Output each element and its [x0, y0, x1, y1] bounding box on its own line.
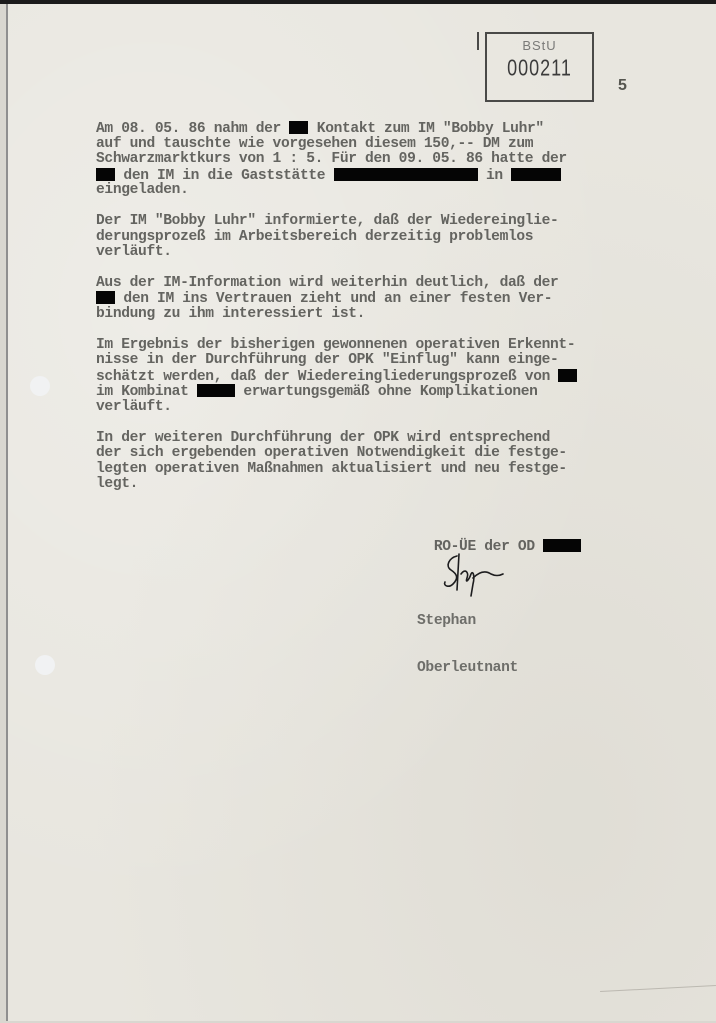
text-line: Am 08. 05. 86 nahm der Kontakt zum IM "B…: [96, 121, 626, 137]
signer-name: Stephan: [417, 614, 518, 630]
document-body: Am 08. 05. 86 nahm der Kontakt zum IM "B…: [96, 121, 626, 508]
text-fragment: in: [478, 168, 512, 184]
text-fragment: Im Ergebnis der bisherigen gewonnenen op…: [96, 337, 575, 353]
text-line: schätzt werden, daß der Wiedereinglieder…: [96, 369, 626, 385]
redaction-bar: [558, 369, 577, 382]
text-fragment: Aus der IM-Information wird weiterhin de…: [96, 275, 558, 291]
text-fragment: Kontakt zum IM "Bobby Luhr": [308, 121, 543, 137]
text-line: derungsprozeß im Arbeitsbereich derzeiti…: [96, 230, 626, 246]
text-line: eingeladen.: [96, 183, 626, 199]
redaction-bar: [289, 121, 308, 134]
text-line: auf und tauschte wie vorgesehen diesem 1…: [96, 137, 626, 153]
text-line: verläuft.: [96, 245, 626, 261]
text-line: verläuft.: [96, 400, 626, 416]
stamp-label: BStU: [487, 38, 592, 53]
text-fragment: eingeladen.: [96, 182, 189, 198]
stamp-mark: [477, 32, 479, 50]
text-line: der sich ergebenden operativen Notwendig…: [96, 446, 626, 462]
paragraph: Im Ergebnis der bisherigen gewonnenen op…: [96, 338, 626, 416]
text-fragment: Schwarzmarktkurs von 1 : 5. Für den 09. …: [96, 151, 567, 167]
punch-hole-icon: [35, 655, 55, 675]
text-fragment: Am 08. 05. 86 nahm der: [96, 121, 289, 137]
text-line: Aus der IM-Information wird weiterhin de…: [96, 276, 626, 292]
text-line: bindung zu ihm interessiert ist.: [96, 307, 626, 323]
redaction-bar: [511, 168, 561, 181]
stamp-number: 000211: [487, 55, 592, 82]
page-number: 5: [618, 77, 627, 95]
text-fragment: legt.: [96, 476, 138, 492]
paragraph: In der weiteren Durchführung der OPK wir…: [96, 431, 626, 493]
signer-block: Stephan Oberleutnant: [417, 583, 518, 692]
text-line: Schwarzmarktkurs von 1 : 5. Für den 09. …: [96, 152, 626, 168]
redaction-bar: [96, 291, 115, 304]
signer-rank: Oberleutnant: [417, 661, 518, 677]
text-fragment: im Kombinat: [96, 384, 197, 400]
text-fragment: erwartungsgemäß ohne Komplikationen: [235, 384, 538, 400]
text-fragment: Der IM "Bobby Luhr" informierte, daß der…: [96, 213, 558, 229]
punch-hole-icon: [30, 376, 50, 396]
redaction-bar: [334, 168, 478, 181]
paragraph: Am 08. 05. 86 nahm der Kontakt zum IM "B…: [96, 121, 626, 199]
text-fragment: In der weiteren Durchführung der OPK wir…: [96, 430, 550, 446]
archive-stamp: BStU 000211: [485, 32, 594, 102]
redaction-bar: [96, 168, 115, 181]
text-line: den IM in die Gaststätte in: [96, 168, 626, 184]
text-line: legten operativen Maßnahmen aktualisiert…: [96, 462, 626, 478]
text-line: Der IM "Bobby Luhr" informierte, daß der…: [96, 214, 626, 230]
text-fragment: verläuft.: [96, 399, 172, 415]
text-fragment: derungsprozeß im Arbeitsbereich derzeiti…: [96, 229, 533, 245]
text-fragment: verläuft.: [96, 244, 172, 260]
redaction-bar: [543, 539, 581, 552]
text-line: In der weiteren Durchführung der OPK wir…: [96, 431, 626, 447]
text-fragment: legten operativen Maßnahmen aktualisiert…: [96, 461, 567, 477]
text-fragment: auf und tauschte wie vorgesehen diesem 1…: [96, 136, 533, 152]
text-fragment: schätzt werden, daß der Wiedereinglieder…: [96, 369, 558, 385]
text-fragment: nisse in der Durchführung der OPK "Einfl…: [96, 352, 558, 368]
paragraph: Der IM "Bobby Luhr" informierte, daß der…: [96, 214, 626, 261]
text-fragment: den IM ins Vertrauen zieht und an einer …: [115, 291, 552, 307]
text-fragment: der sich ergebenden operativen Notwendig…: [96, 445, 567, 461]
text-fragment: den IM in die Gaststätte: [115, 168, 334, 184]
redaction-bar: [197, 384, 235, 397]
text-line: nisse in der Durchführung der OPK "Einfl…: [96, 353, 626, 369]
text-fragment: bindung zu ihm interessiert ist.: [96, 306, 365, 322]
text-line: den IM ins Vertrauen zieht und an einer …: [96, 291, 626, 307]
text-line: im Kombinat erwartungsgemäß ohne Komplik…: [96, 384, 626, 400]
text-line: Im Ergebnis der bisherigen gewonnenen op…: [96, 338, 626, 354]
paragraph: Aus der IM-Information wird weiterhin de…: [96, 276, 626, 323]
text-line: legt.: [96, 477, 626, 493]
